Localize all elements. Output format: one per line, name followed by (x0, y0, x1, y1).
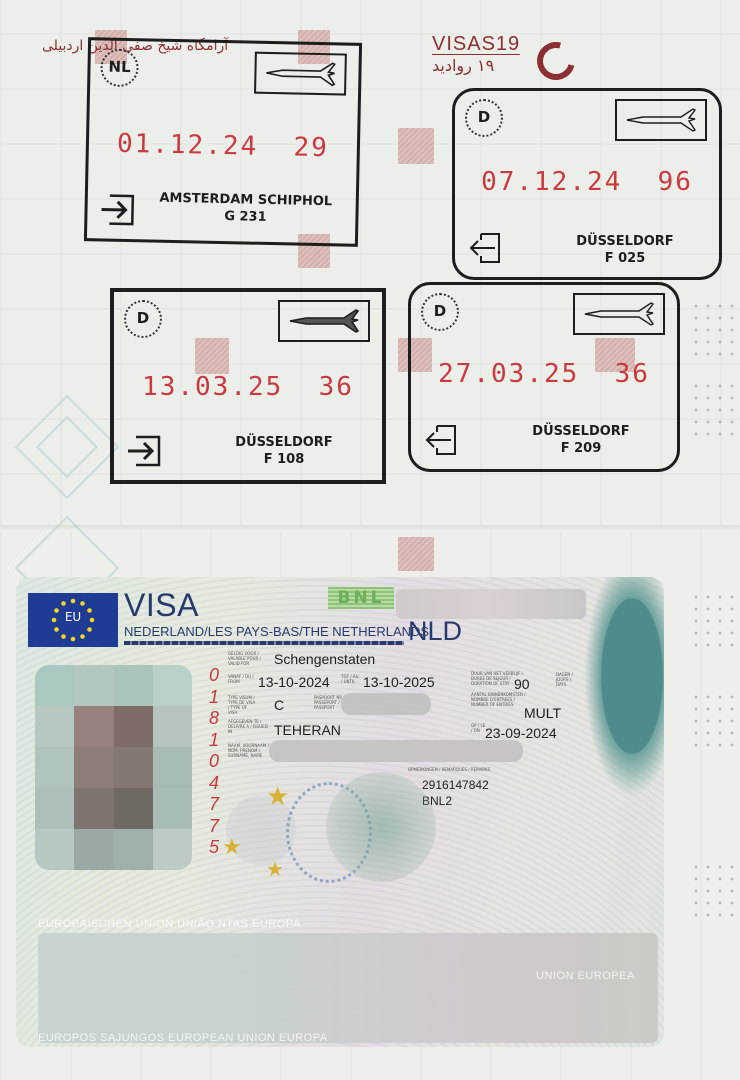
hologram-star-icon: ★ (266, 857, 284, 881)
redacted-visa-number (396, 589, 586, 619)
perforation-dots (690, 861, 740, 921)
entries-label: AANTAL BINNENKOMSTEN / NOMBRE D'ENTREES … (471, 692, 531, 707)
redacted-photo (35, 665, 192, 870)
from-label: VANAF / DU / FROM (228, 674, 256, 684)
stamp-amsterdam-entry: NL 01.12.24 29 AMSTERDAM SCHIPHOL G 231 (84, 37, 362, 247)
perforation-dots (690, 691, 740, 751)
visas19-brand-en: VISAS19 (432, 34, 520, 55)
stamp-date: 07.12.24 96 (455, 167, 719, 197)
until-value: 13-10-2025 (363, 674, 435, 690)
exit-arrow-icon (423, 423, 459, 457)
name-label: NAAM, VOORNAAM / NOM, PRENOM / SURNAME, … (228, 743, 270, 758)
visas19-logo-icon (530, 35, 582, 87)
stamp-date: 13.03.25 36 (114, 372, 382, 402)
microtext: EUROPOS SĄJUNGOS EUROPEAN UNION EUROPA (38, 1032, 328, 1044)
entries-value: MULT (524, 705, 561, 721)
visa-title: VISA (124, 587, 199, 624)
stamp-date: 27.03.25 36 (411, 359, 677, 389)
visas19-brand: VISAS19 ۱۹ روادید (432, 34, 520, 75)
eu-label: EU (28, 610, 118, 624)
type-value: C (274, 697, 284, 713)
issued-in-label: AFGEGEVEN TE / DELIVRE A / ISSUED IN (228, 719, 270, 734)
visa-serial-number: 018 104 775 (206, 665, 222, 859)
exit-arrow-icon (467, 231, 503, 265)
remarks-number: 2916147842 (422, 778, 489, 792)
plane-icon (254, 52, 347, 96)
until-label: TOT / AU / UNTIL (341, 674, 361, 684)
redacted-mrz (38, 933, 658, 1043)
country-code: NLD (408, 616, 462, 647)
visas19-brand-fa: ۱۹ روادید (432, 56, 520, 75)
issuing-country: NEDERLAND/LES PAYS-BAS/THE NETHERLANDS (124, 624, 429, 639)
from-value: 13-10-2024 (258, 674, 330, 690)
remarks-label: OPMERKINGEN / REMARQUES / REMARKS (408, 767, 528, 772)
stamp-dusseldorf-exit-2: D 27.03.25 36 DÜSSELDORF F 209 (408, 282, 680, 472)
security-mark (398, 128, 434, 164)
redacted-name (269, 740, 523, 762)
entry-arrow-icon (126, 434, 162, 468)
schengen-visa-sticker: EU VISA BNL NEDERLAND/LES PAYS-BAS/THE N… (16, 577, 664, 1047)
hologram (326, 772, 436, 882)
hologram-star-icon: ★ (222, 835, 242, 860)
microtext-line (124, 641, 404, 645)
entry-arrow-icon (99, 192, 136, 227)
plane-icon (278, 300, 370, 342)
security-pattern (584, 577, 664, 797)
type-label: TYPE VISUM / TYPE DE VISA / TYPE OF VISA (228, 695, 256, 715)
days-label: DAGEN / JOURS / DAYS (556, 672, 578, 687)
valid-for-value: Schengenstaten (274, 651, 375, 667)
issued-in-value: TEHERAN (274, 722, 341, 738)
country-code-nl: NL (100, 48, 139, 87)
perforation-dots (690, 300, 740, 360)
stamp-dusseldorf-exit-1: D 07.12.24 96 DÜSSELDORF F 025 (452, 88, 722, 280)
country-code-d: D (465, 99, 503, 137)
bnl-mark: BNL (328, 587, 394, 609)
hologram-star-icon: ★ (266, 782, 289, 812)
stamp-dusseldorf-entry: D 13.03.25 36 DÜSSELDORF F 108 (110, 288, 386, 484)
eu-flag: EU (28, 593, 118, 647)
security-mark (398, 537, 434, 571)
microtext: EUROPÄISCHEN UNION UNIÃO NTAS EUROPA (38, 918, 301, 930)
stamp-date: 01.12.24 29 (89, 128, 358, 164)
duration-value: 90 (514, 676, 530, 692)
redacted-passport-number (341, 693, 431, 715)
country-code-d: D (421, 293, 459, 331)
perforation-dots (690, 591, 740, 651)
country-code-d: D (124, 300, 162, 338)
valid-for-label: GELDIG VOOR / VALABLE POUR / VALID FOR (228, 651, 273, 666)
perforation-dots (690, 380, 740, 440)
issued-on-value: 23-09-2024 (485, 725, 557, 741)
stamp-location: AMSTERDAM SCHIPHOL G 231 (145, 189, 346, 227)
plane-icon (573, 293, 665, 335)
passport-page-top: آرامگاه شیخ صفی الدین اردبیلی VISAS19 ۱۹… (0, 0, 740, 530)
stamp-location: DÜSSELDORF F 025 (535, 233, 715, 267)
stamp-location: DÜSSELDORF F 209 (491, 423, 671, 457)
stamp-location: DÜSSELDORF F 108 (194, 434, 374, 468)
microtext: UNION EUROPEA (536, 970, 635, 982)
plane-icon (615, 99, 707, 141)
